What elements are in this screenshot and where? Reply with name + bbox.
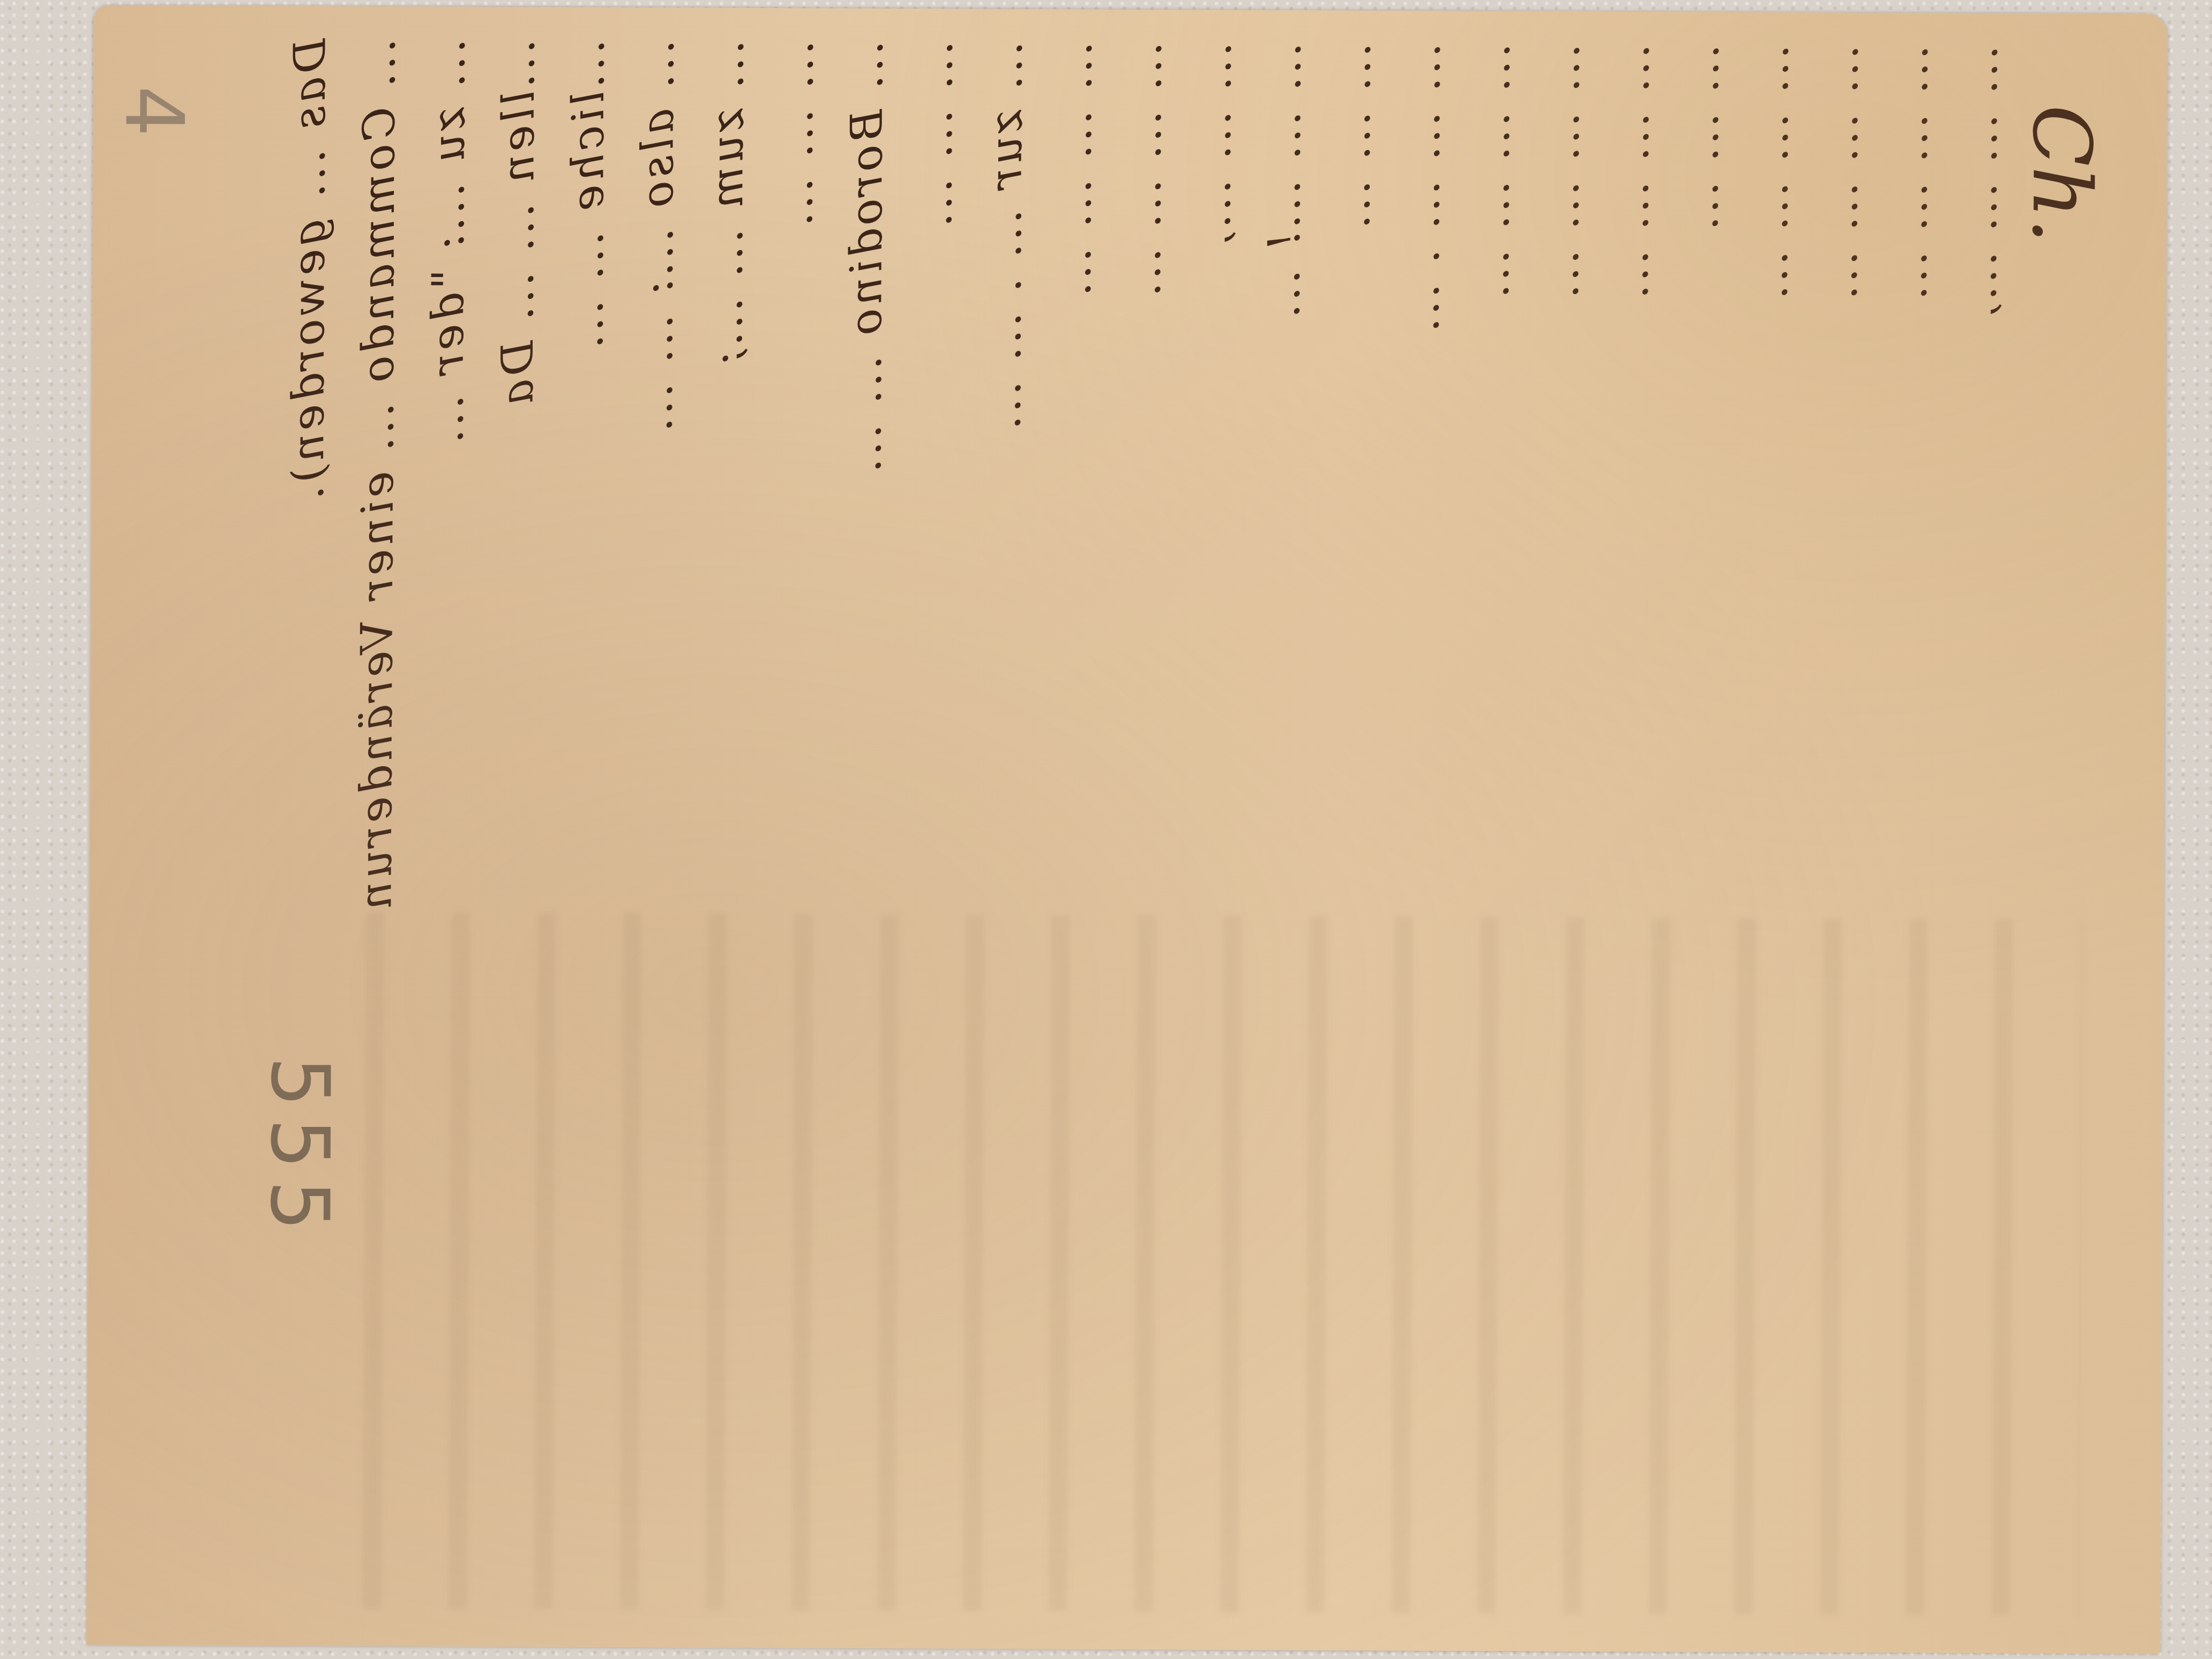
text-line: ... ... ... [1665,44,1738,913]
text-line: ... ... ... ... [1038,41,1111,910]
text-line: ... zum ... ...; [690,40,763,908]
text-line: ... ... ..., [1177,42,1251,910]
pencil-page-number: 4 [107,86,200,137]
text-line: ... ... ...! ... [1247,42,1320,911]
text-line: ...llen ... ... Da [481,39,554,908]
text-line: ... Commando ... einer Veränderung, [341,39,415,907]
text-line: ... ... ... [759,40,833,909]
text-line: ... zu ...: "der ... [411,39,484,907]
text-line: ... ... ... [1317,43,1390,911]
text-line: ... ... ... . ... [1386,43,1460,911]
signature-flourish: Ch. [2014,104,2108,244]
handwritten-text-block: Das ... geworden). ... Commando ... eine… [272,38,2044,914]
text-line: ... ... ... ... [1804,45,1878,914]
text-line: ... ... ... ... [1456,43,1529,912]
ink-bleed-through [312,911,2083,1616]
text-line: ... ... ... ... [1735,44,1808,913]
text-line: ... ... ... [899,41,972,909]
text-line: ... ... ... ... [1595,44,1669,913]
text-line: ... zur ... . ... ... [968,41,1042,910]
text-line: ... ... ... ... [1108,42,1181,910]
text-line: ...liche ... ... [550,39,624,908]
text-line: ... Borodino ... ... [829,41,902,909]
text-line: ... also ...: ... ... [620,40,693,908]
manuscript-sheet: 4 555 Das ... geworden). ... Commando ..… [86,5,2167,1654]
text-line: ... ... ... ... [1526,43,1599,912]
text-line: ... ... ... ... [1874,45,1947,914]
text-line: Das ... geworden). [272,38,345,907]
text-line: ... ... ... ..., [1944,46,2017,914]
